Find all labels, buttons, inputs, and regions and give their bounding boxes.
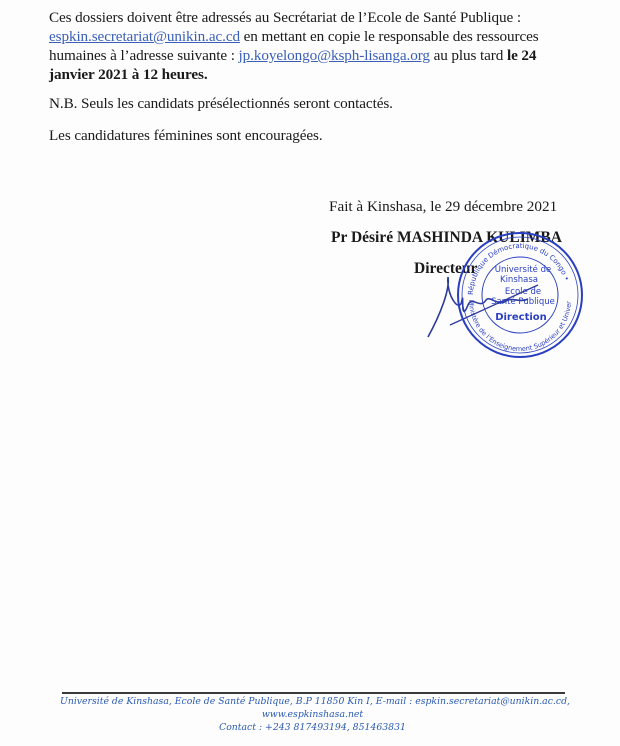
place-date: Fait à Kinshasa, le 29 décembre 2021 (329, 198, 557, 216)
submission-paragraph: Ces dossiers doivent être adressés au Se… (49, 8, 574, 84)
nb-note: N.B. Seuls les candidats présélectionnés… (49, 94, 574, 113)
deadline-text: le 24 (507, 47, 536, 64)
svg-text:Ecole de: Ecole de (505, 287, 541, 297)
footer-website[interactable]: www.espkinshasa.net (60, 709, 565, 720)
paragraph-line: humaines à l’adresse suivante : jp.koyel… (49, 46, 574, 65)
female-applicants-note: Les candidatures féminines sont encourag… (49, 126, 574, 145)
paragraph-text: au plus tard (430, 47, 507, 64)
secretariat-email-link[interactable]: espkin.secretariat@unikin.ac.cd (49, 28, 240, 45)
paragraph-line: janvier 2021 à 12 heures. (49, 65, 574, 84)
svg-text:Kinshasa: Kinshasa (500, 275, 538, 285)
footer-divider (62, 692, 565, 694)
paragraph-text: humaines à l’adresse suivante : (49, 47, 239, 64)
footer-address: Université de Kinshasa, Ecole de Santé P… (60, 696, 565, 707)
paragraph-text: en mettant en copie le responsable des r… (240, 28, 539, 45)
svg-text:Direction: Direction (495, 312, 547, 323)
deadline-text: janvier 2021 à 12 heures. (49, 66, 208, 83)
official-stamp-icon: République Démocratique du Congo • Minis… (455, 230, 585, 360)
hr-email-link[interactable]: jp.koyelongo@ksph-lisanga.org (239, 47, 430, 64)
paragraph-line: Ces dossiers doivent être adressés au Se… (49, 8, 574, 27)
svg-text:Université de: Université de (495, 264, 551, 275)
footer-contact: Contact : +243 817493194, 851463831 (60, 722, 565, 733)
svg-text:Santé Publique: Santé Publique (491, 296, 555, 307)
paragraph-line: espkin.secretariat@unikin.ac.cd en metta… (49, 27, 574, 46)
